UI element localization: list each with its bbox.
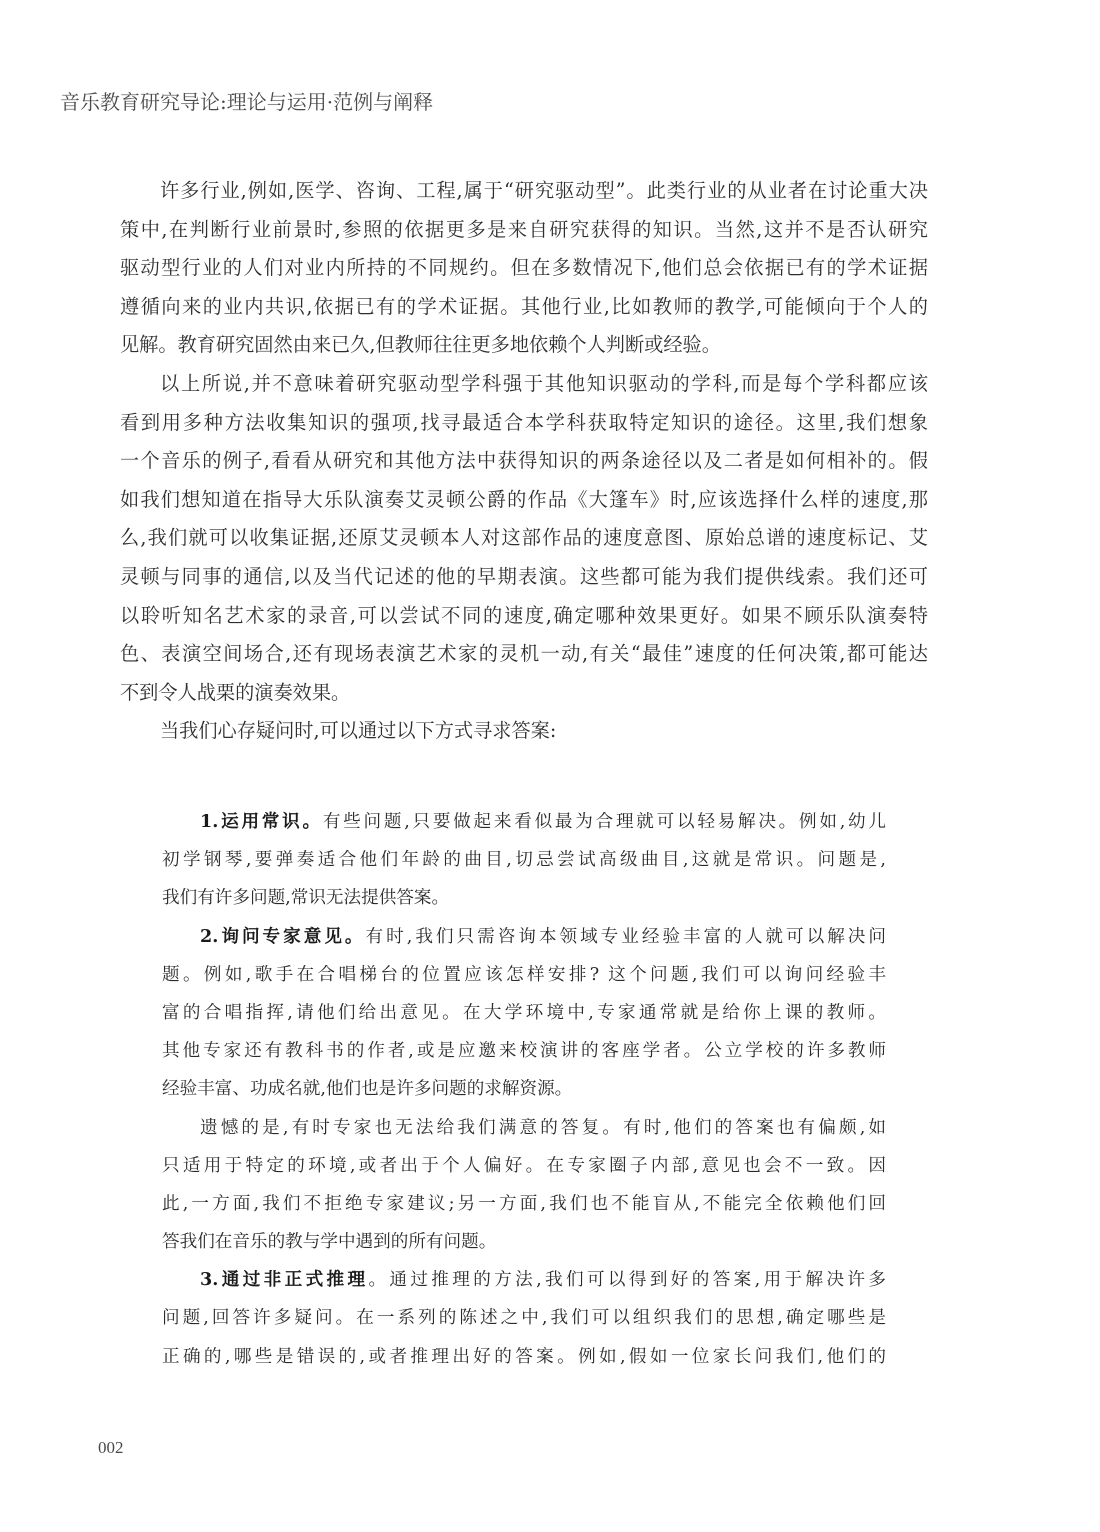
list-item-line: 正确的,哪些是错误的,或者推理出好的答案。例如,假如一位家长问我们,他们的	[162, 1338, 886, 1376]
running-header: 音乐教育研究导论:理论与运用·范例与阐释	[60, 86, 433, 115]
paragraph-line: 见解。教育研究固然由来已久,但教师往往更多地依赖个人判断或经验。	[120, 326, 928, 365]
paragraph-line: 一个音乐的例子,看看从研究和其他方法中获得知识的两条途径以及二者是如何相补的。假	[120, 442, 928, 481]
list-item-first-line: 1.运用常识。有些问题,只要做起来看似最为合理就可以轻易解决。例如,幼儿	[162, 803, 886, 841]
list-item-line: 问题,回答许多疑问。在一系列的陈述之中,我们可以组织我们的思想,确定哪些是	[162, 1299, 886, 1337]
list-item-title: 2.询问专家意见。	[200, 926, 366, 947]
paragraph-line: 以聆听知名艺术家的录音,可以尝试不同的速度,确定哪种效果更好。如果不顾乐队演奏特	[120, 597, 928, 636]
list-item-line: 初学钢琴,要弹奏适合他们年龄的曲目,切忌尝试高级曲目,这就是常识。问题是,	[162, 841, 886, 879]
paragraph-line: 遵循向来的业内共识,依据已有的学术证据。其他行业,比如教师的教学,可能倾向于个人…	[120, 288, 928, 327]
paragraph-line: 色、表演空间场合,还有现场表演艺术家的灵机一动,有关“最佳”速度的任何决策,都可…	[120, 635, 928, 674]
list-item-first-line: 遗憾的是,有时专家也无法给我们满意的答复。有时,他们的答案也有偏颇,如	[162, 1109, 886, 1147]
paragraph-line: 灵顿与同事的通信,以及当代记述的他的早期表演。这些都可能为我们提供线索。我们还可	[120, 558, 928, 597]
paragraph-line: 不到令人战栗的演奏效果。	[120, 674, 928, 713]
list-item-line: 富的合唱指挥,请他们给出意见。在大学环境中,专家通常就是给你上课的教师。	[162, 994, 886, 1032]
answer-methods-list: 1.运用常识。有些问题,只要做起来看似最为合理就可以轻易解决。例如,幼儿 初学钢…	[162, 803, 886, 1376]
list-item-line: 经验丰富、功成名就,他们也是许多问题的求解资源。	[162, 1070, 886, 1108]
list-item-text: 。通过推理的方法,我们可以得到好的答案,用于解决许多	[368, 1270, 886, 1290]
paragraph-line: 策中,在判断行业前景时,参照的依据更多是来自研究获得的知识。当然,这并不是否认研…	[120, 211, 928, 250]
body-text: 许多行业,例如,医学、咨询、工程,属于“研究驱动型”。此类行业的从业者在讨论重大…	[120, 172, 928, 751]
list-item-text: 有时,我们只需咨询本领域专业经验丰富的人就可以解决问	[366, 927, 886, 947]
list-item-line: 其他专家还有教科书的作者,或是应邀来校演讲的客座学者。公立学校的许多教师	[162, 1032, 886, 1070]
paragraph-line: 以上所说,并不意味着研究驱动型学科强于其他知识驱动的学科,而是每个学科都应该	[120, 365, 928, 404]
list-item-line: 答我们在音乐的教与学中遇到的所有问题。	[162, 1223, 886, 1261]
list-item-title: 3.通过非正式推理	[200, 1269, 368, 1290]
paragraph-line: 驱动型行业的人们对业内所持的不同规约。但在多数情况下,他们总会依据已有的学术证据	[120, 249, 928, 288]
paragraph-line: 么,我们就可以收集证据,还原艾灵顿本人对这部作品的速度意图、原始总谱的速度标记、…	[120, 519, 928, 558]
list-item-text: 有些问题,只要做起来看似最为合理就可以轻易解决。例如,幼儿	[323, 812, 886, 832]
list-item-first-line: 3.通过非正式推理。通过推理的方法,我们可以得到好的答案,用于解决许多	[162, 1261, 886, 1299]
list-item-line: 题。例如,歌手在合唱梯台的位置应该怎样安排? 这个问题,我们可以询问经验丰	[162, 956, 886, 994]
paragraph-line: 当我们心存疑问时,可以通过以下方式寻求答案:	[120, 712, 928, 751]
list-item-line: 我们有许多问题,常识无法提供答案。	[162, 879, 886, 917]
list-item-line: 只适用于特定的环境,或者出于个人偏好。在专家圈子内部,意见也会不一致。因	[162, 1147, 886, 1185]
list-item-text: 遗憾的是,有时专家也无法给我们满意的答复。有时,他们的答案也有偏颇,如	[200, 1118, 886, 1138]
list-item-first-line: 2.询问专家意见。有时,我们只需咨询本领域专业经验丰富的人就可以解决问	[162, 918, 886, 956]
page-number: 002	[98, 1438, 124, 1458]
list-item-line: 此,一方面,我们不拒绝专家建议;另一方面,我们也不能盲从,不能完全依赖他们回	[162, 1185, 886, 1223]
paragraph-line: 许多行业,例如,医学、咨询、工程,属于“研究驱动型”。此类行业的从业者在讨论重大…	[120, 172, 928, 211]
list-item-title: 1.运用常识。	[200, 811, 323, 832]
paragraph-line: 看到用多种方法收集知识的强项,找寻最适合本学科获取特定知识的途径。这里,我们想象	[120, 404, 928, 443]
paragraph-line: 如我们想知道在指导大乐队演奏艾灵顿公爵的作品《大篷车》时,应该选择什么样的速度,…	[120, 481, 928, 520]
